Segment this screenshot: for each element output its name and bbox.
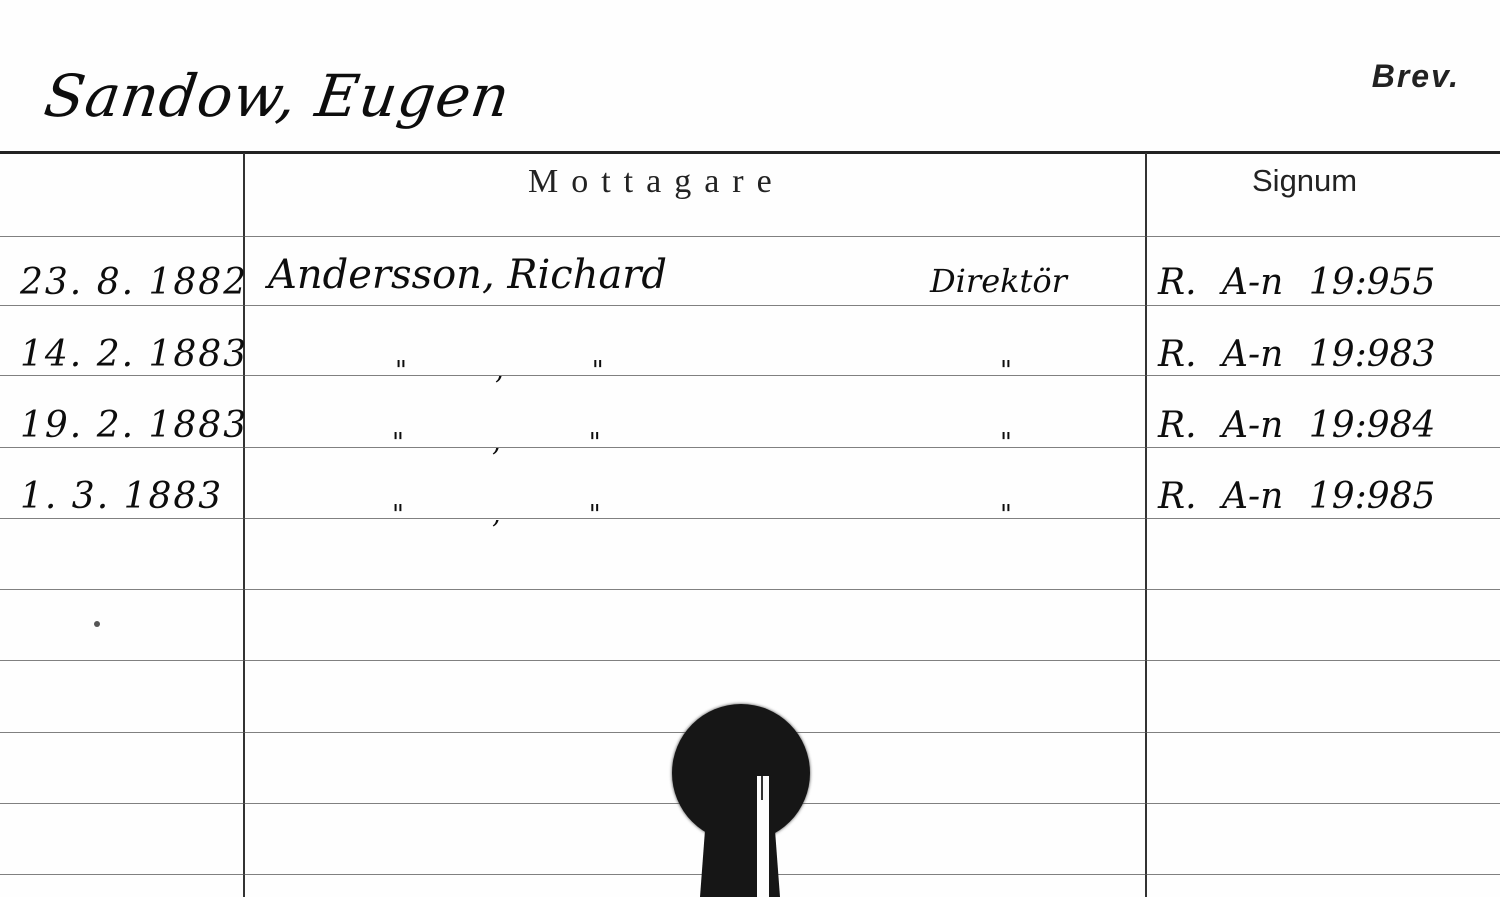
row-title-ditto: " bbox=[1000, 500, 1012, 530]
row-title-ditto: " bbox=[1000, 356, 1012, 386]
category-label: Brev. bbox=[1372, 58, 1460, 95]
row-signum: R. A-n 19:983 bbox=[1158, 334, 1435, 375]
column-header-recipient: Mottagare bbox=[528, 163, 785, 201]
row-recipient: Andersson, Richard bbox=[268, 252, 667, 298]
row-rule bbox=[0, 447, 1500, 448]
row-title: Direktör bbox=[930, 262, 1067, 300]
row-rule bbox=[0, 589, 1500, 590]
row-date: 14. 2. 1883 bbox=[20, 334, 248, 375]
row-signum: R. A-n 19:955 bbox=[1158, 262, 1435, 303]
header-rule bbox=[0, 151, 1500, 154]
column-header-signum: Signum bbox=[1252, 163, 1357, 199]
row-rule bbox=[0, 660, 1500, 661]
ink-speck bbox=[94, 621, 100, 627]
row-title-ditto: " bbox=[1000, 428, 1012, 458]
row-date: 23. 8. 1882 bbox=[20, 262, 248, 303]
row-date: 1. 3. 1883 bbox=[20, 476, 223, 517]
row-signum: R. A-n 19:985 bbox=[1158, 476, 1435, 517]
row-rule bbox=[0, 305, 1500, 306]
punch-slot bbox=[757, 776, 769, 897]
signum-column-divider bbox=[1145, 153, 1147, 897]
row-rule bbox=[0, 236, 1500, 237]
row-recipient-ditto: " , " bbox=[395, 356, 604, 386]
card-title-name: Sandow, Eugen bbox=[40, 62, 514, 130]
row-recipient-ditto: " , " bbox=[392, 428, 601, 458]
row-rule bbox=[0, 518, 1500, 519]
row-rule bbox=[0, 375, 1500, 376]
row-recipient-ditto: " , " bbox=[392, 500, 601, 530]
archive-index-card: Sandow, Eugen Brev. Mottagare Signum 23.… bbox=[0, 0, 1500, 897]
row-signum: R. A-n 19:984 bbox=[1158, 405, 1435, 446]
row-date: 19. 2. 1883 bbox=[20, 405, 248, 446]
